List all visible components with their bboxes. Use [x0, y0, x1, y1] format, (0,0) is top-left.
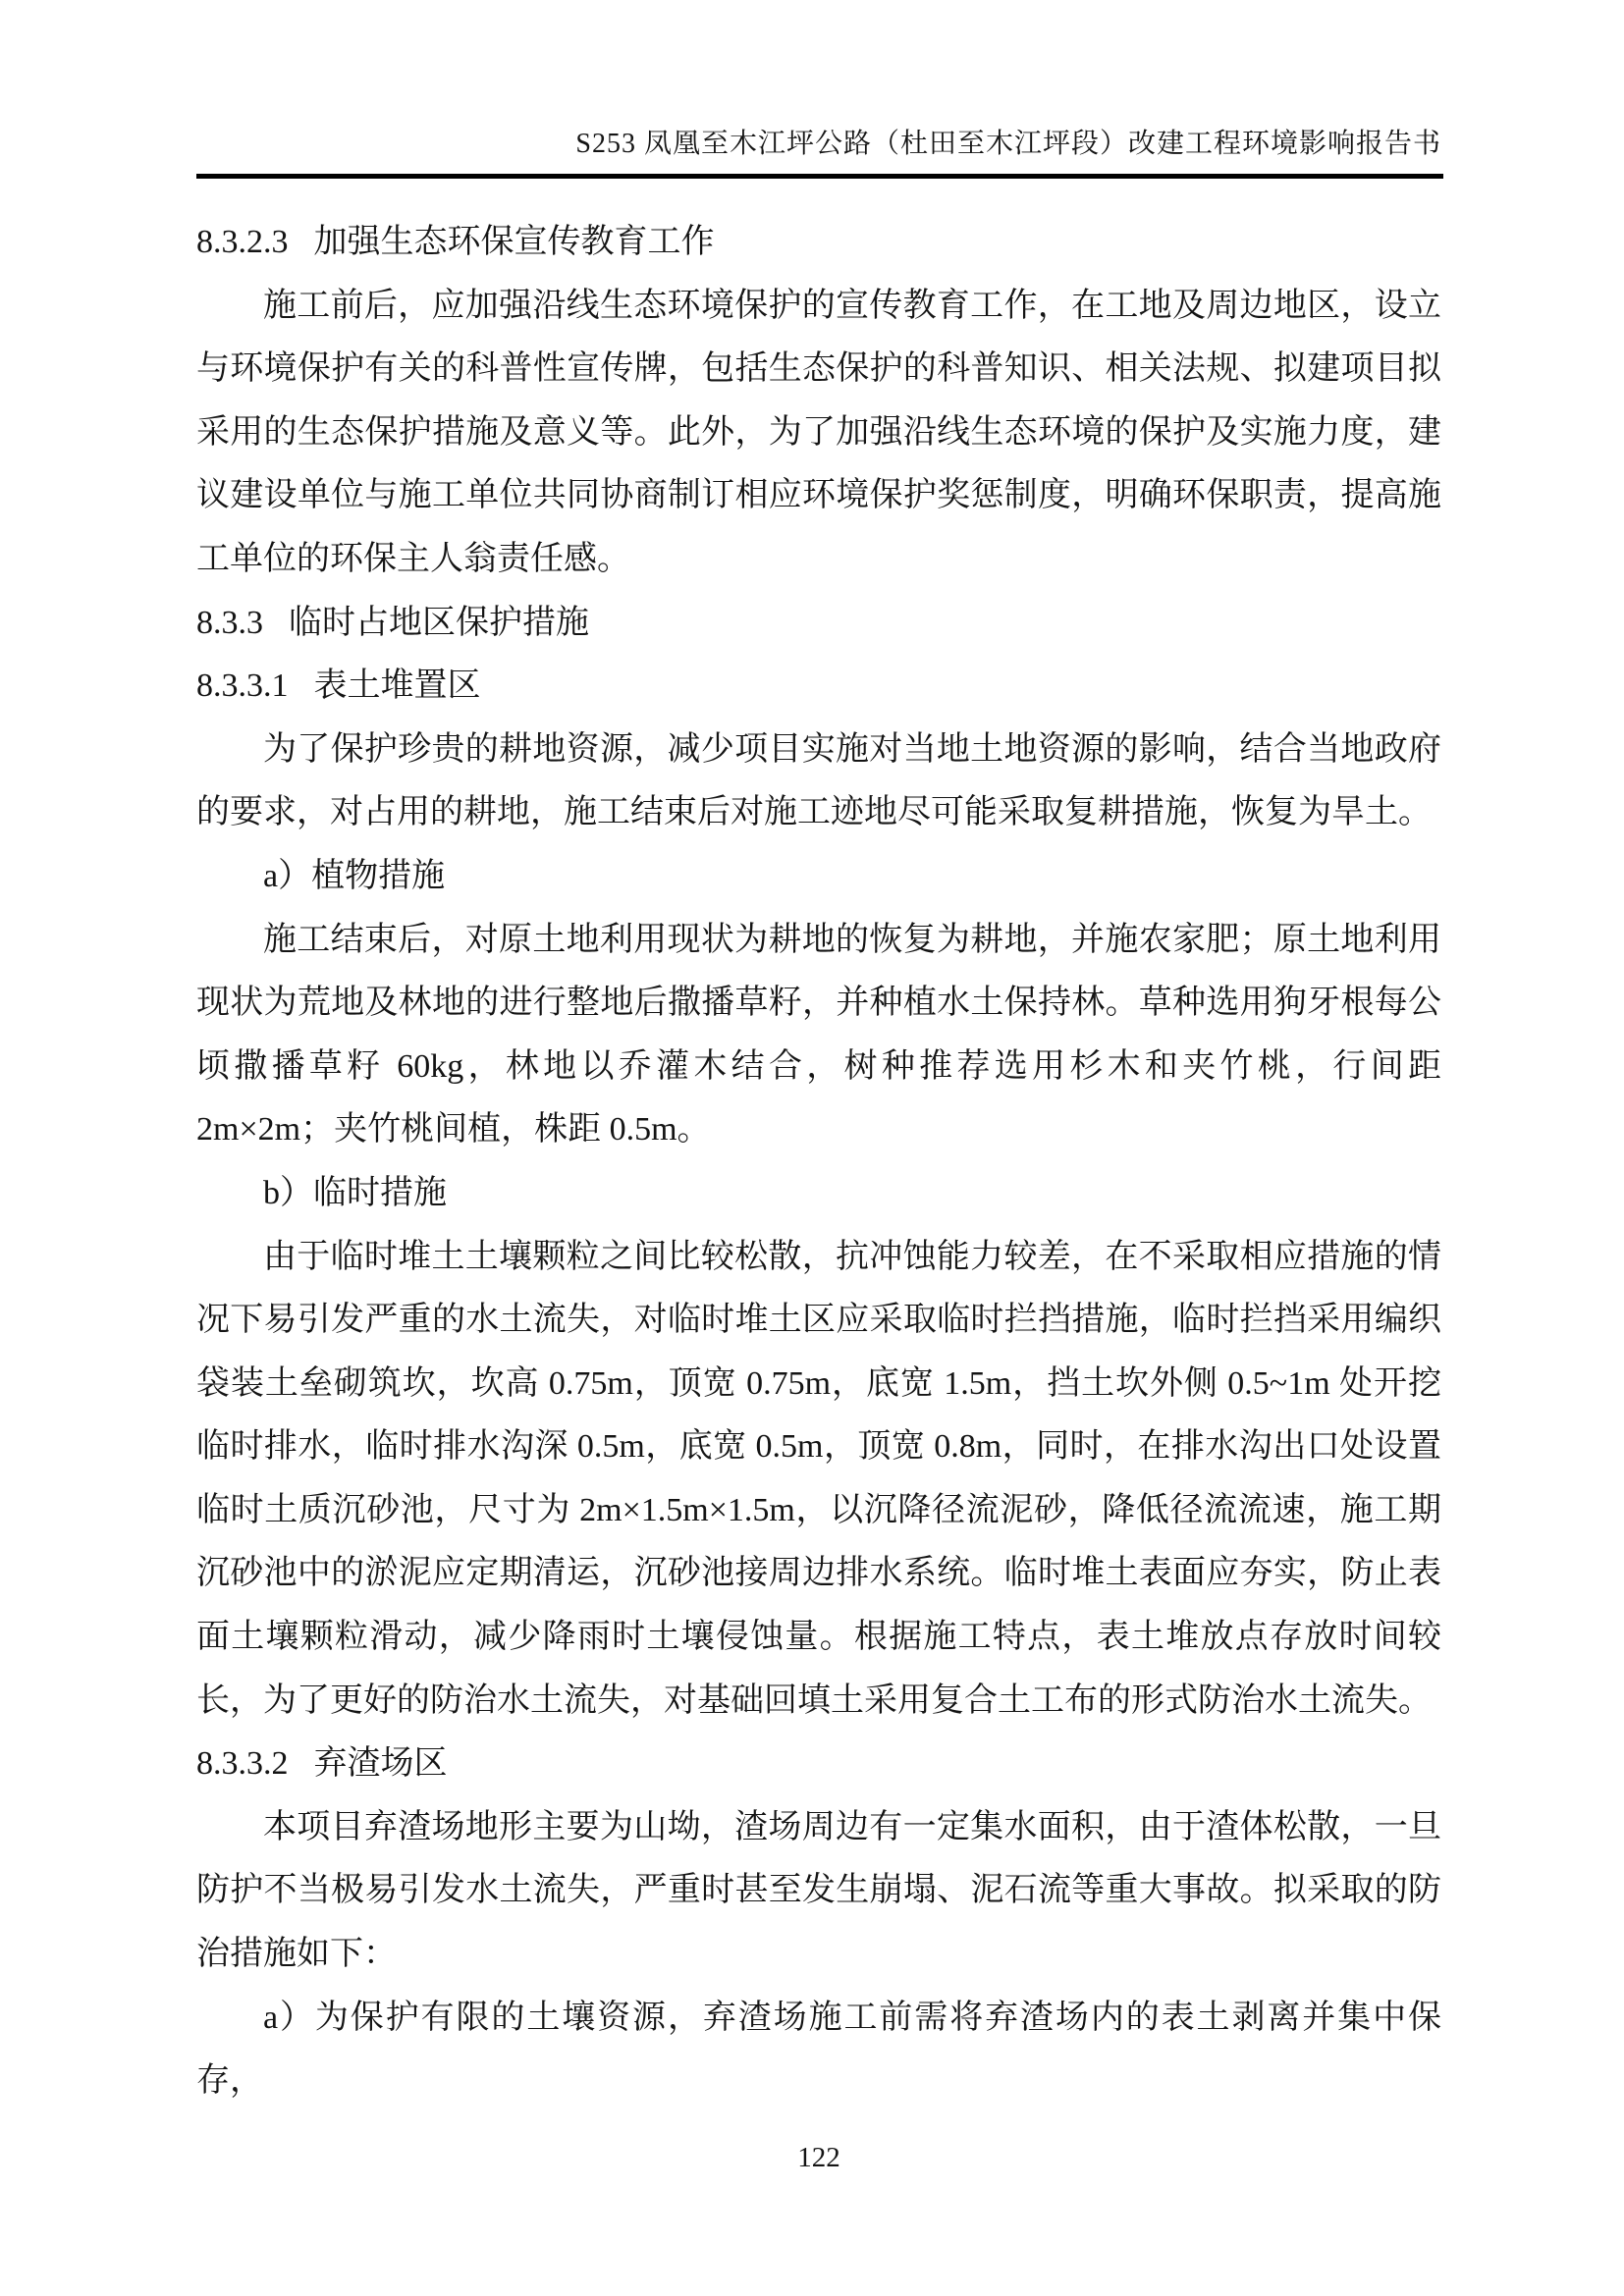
paragraph-temporary-measures: 由于临时堆土土壤颗粒之间比较松散，抗冲蚀能力较差，在不采取相应措施的情况下易引发… — [196, 1226, 1441, 1734]
heading-title: 加强生态环保宣传教育工作 — [314, 224, 715, 260]
heading-title: 弃渣场区 — [314, 1745, 448, 1782]
heading-title: 表土堆置区 — [314, 667, 481, 704]
page-number: 122 — [196, 2142, 1441, 2174]
heading-number: 8.3.2.3 — [196, 224, 289, 260]
heading-8-3-3-2: 8.3.3.2弃渣场区 — [196, 1733, 1441, 1796]
heading-title: 临时占地区保护措施 — [289, 605, 589, 641]
document-body: 8.3.2.3加强生态环保宣传教育工作 施工前后，应加强沿线生态环境保护的宣传教… — [196, 211, 1441, 2113]
heading-8-3-3: 8.3.3临时占地区保护措施 — [196, 592, 1441, 656]
paragraph-education-publicity: 施工前后，应加强沿线生态环境保护的宣传教育工作，在工地及周边地区，设立与环境保护… — [196, 275, 1441, 592]
heading-8-3-3-1: 8.3.3.1表土堆置区 — [196, 655, 1441, 719]
page-header-title: S253 凤凰至木江坪公路（杜田至木江坪段）改建工程环境影响报告书 — [196, 128, 1441, 161]
paragraph-topsoil-intro: 为了保护珍贵的耕地资源，减少项目实施对当地土地资源的影响，结合当地政府的要求，对… — [196, 719, 1441, 845]
heading-number: 8.3.3.2 — [196, 1745, 289, 1782]
heading-8-3-2-3: 8.3.2.3加强生态环保宣传教育工作 — [196, 211, 1441, 275]
heading-number: 8.3.3.1 — [196, 667, 289, 704]
paragraph-plant-measures: 施工结束后，对原土地利用现状为耕地的恢复为耕地，并施农家肥；原土地利用现状为荒地… — [196, 909, 1441, 1162]
document-page: S253 凤凰至木江坪公路（杜田至木江坪段）改建工程环境影响报告书 8.3.2.… — [0, 0, 1624, 2296]
subitem-a-plant-measures-label: a）植物措施 — [196, 845, 1441, 909]
paragraph-spoil-ground-item-a: a）为保护有限的土壤资源，弃渣场施工前需将弃渣场内的表土剥离并集中保存， — [196, 1987, 1441, 2113]
header-rule — [196, 174, 1443, 179]
subitem-b-temporary-measures-label: b）临时措施 — [196, 1162, 1441, 1226]
paragraph-spoil-ground-intro: 本项目弃渣场地形主要为山坳，渣场周边有一定集水面积，由于渣体松散，一旦防护不当极… — [196, 1796, 1441, 1987]
heading-number: 8.3.3 — [196, 605, 263, 641]
